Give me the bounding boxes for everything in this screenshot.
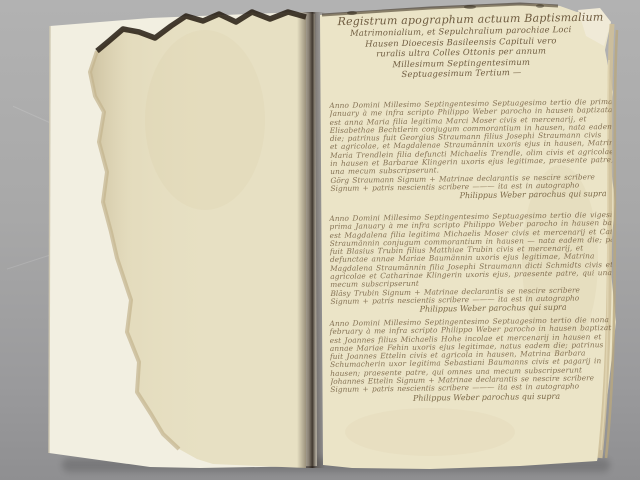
char-spot	[347, 11, 357, 15]
foxing-stain	[145, 30, 265, 210]
water-stain	[522, 165, 598, 355]
open-manuscript-book	[0, 0, 640, 480]
char-spot	[536, 4, 544, 8]
archive-photo-background: Registrum apographum actuum Baptismalium…	[0, 0, 640, 480]
under-page-edge	[49, 26, 50, 453]
char-spot	[464, 5, 476, 9]
water-stain	[345, 408, 515, 456]
